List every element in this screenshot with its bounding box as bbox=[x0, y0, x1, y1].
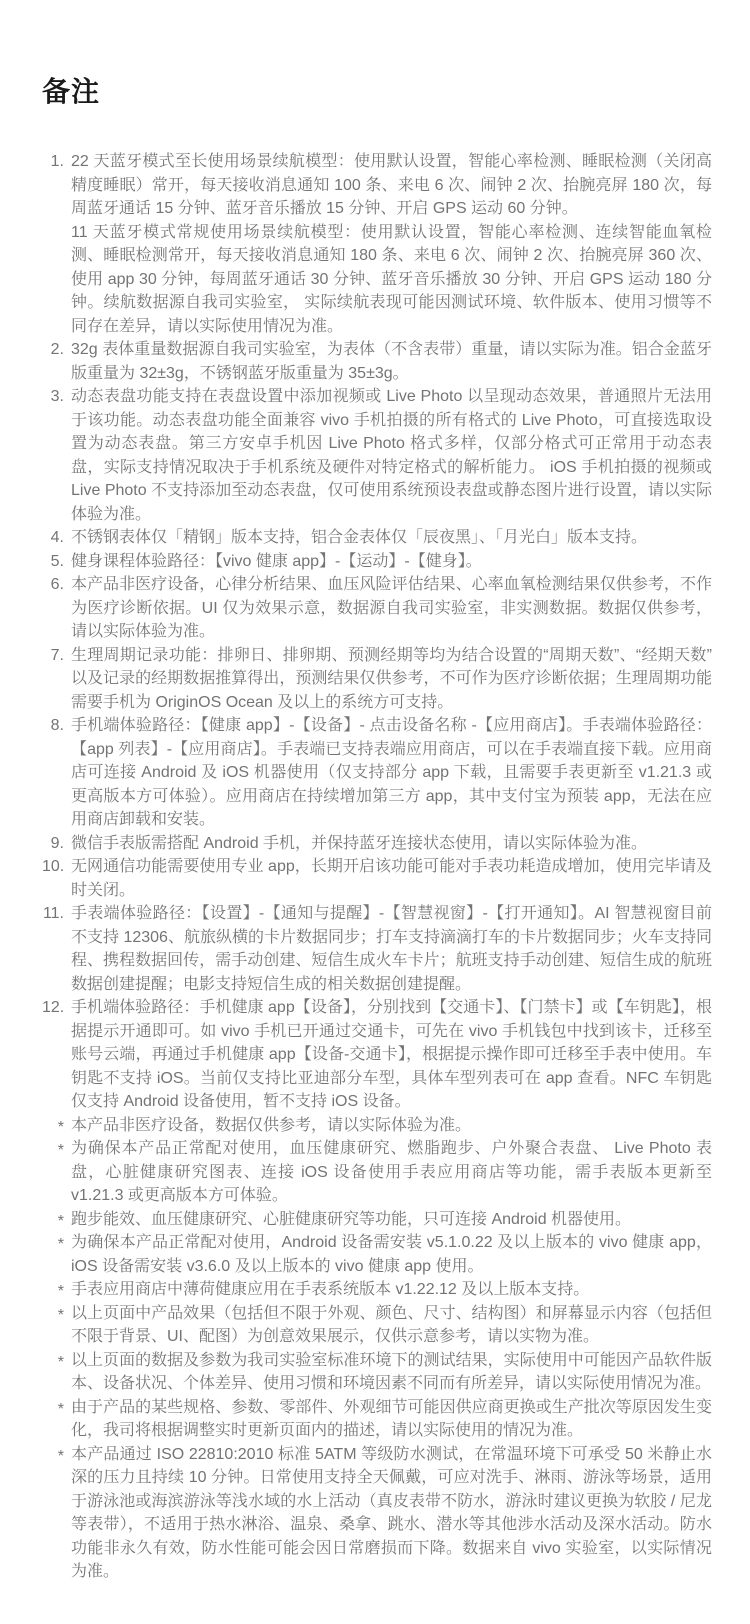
note-marker: * bbox=[42, 1116, 64, 1140]
note-marker: * bbox=[42, 1445, 64, 1469]
note-marker: * bbox=[42, 1280, 64, 1304]
note-item: * 以上页面的数据及参数为我司实验室标准环境下的测试结果，实际使用中可能因产品软… bbox=[42, 1349, 712, 1396]
note-item: * 本产品通过 ISO 22810:2010 标准 5ATM 等级防水测试，在常… bbox=[42, 1443, 712, 1584]
note-text: 本产品非医疗设备，数据仅供参考，请以实际体验为准。 bbox=[71, 1114, 712, 1138]
note-text: 本产品非医疗设备，心律分析结果、血压风险评估结果、心率血氧检测结果仅供参考，不作… bbox=[71, 573, 712, 644]
note-item: * 本产品非医疗设备，数据仅供参考，请以实际体验为准。 bbox=[42, 1114, 712, 1138]
note-marker: 4. bbox=[42, 526, 64, 550]
note-marker: 7. bbox=[42, 644, 64, 668]
note-text: 无网通信功能需要使用专业 app，长期开启该功能可能对手表功耗造成增加，使用完毕… bbox=[71, 855, 712, 902]
note-marker: 5. bbox=[42, 550, 64, 574]
note-text: 手表端体验路径：【设置】-【通知与提醒】-【智慧视窗】-【打开通知】。AI 智慧… bbox=[71, 902, 712, 996]
section-title: 备注 bbox=[42, 76, 712, 108]
note-marker: 8. bbox=[42, 714, 64, 738]
note-item: * 手表应用商店中薄荷健康应用在手表系统版本 v1.22.12 及以上版本支持。 bbox=[42, 1278, 712, 1302]
note-text: 手表应用商店中薄荷健康应用在手表系统版本 v1.22.12 及以上版本支持。 bbox=[71, 1278, 712, 1302]
note-item: 6. 本产品非医疗设备，心律分析结果、血压风险评估结果、心率血氧检测结果仅供参考… bbox=[42, 573, 712, 644]
note-marker: * bbox=[42, 1210, 64, 1234]
note-text: 以上页面中产品效果（包括但不限于外观、颜色、尺寸、结构图）和屏幕显示内容（包括但… bbox=[71, 1302, 712, 1349]
note-marker: * bbox=[42, 1139, 64, 1163]
note-item: 7. 生理周期记录功能：排卵日、排卵期、预测经期等均为结合设置的“周期天数”、“… bbox=[42, 644, 712, 715]
note-marker: * bbox=[42, 1398, 64, 1422]
notes-page: 备注 1. 22 天蓝牙模式至长使用场景续航模型：使用默认设置，智能心率检测、睡… bbox=[0, 0, 750, 1624]
note-text: 手机端体验路径：【健康 app】-【设备】- 点击设备名称 -【应用商店】。手表… bbox=[71, 714, 712, 832]
note-marker: * bbox=[42, 1351, 64, 1375]
note-marker: * bbox=[42, 1233, 64, 1257]
note-text: 不锈钢表体仅「精钢」版本支持，铝合金表体仅「辰夜黑」、「月光白」版本支持。 bbox=[71, 526, 712, 550]
notes-list: 1. 22 天蓝牙模式至长使用场景续航模型：使用默认设置，智能心率检测、睡眠检测… bbox=[42, 150, 712, 1584]
note-item: * 为确保本产品正常配对使用，血压健康研究、燃脂跑步、户外聚合表盘、 Live … bbox=[42, 1137, 712, 1208]
note-item: 9. 微信手表版需搭配 Android 手机，并保持蓝牙连接状态使用，请以实际体… bbox=[42, 832, 712, 856]
note-marker: 12. bbox=[42, 996, 64, 1020]
note-text: 22 天蓝牙模式至长使用场景续航模型：使用默认设置，智能心率检测、睡眠检测（关闭… bbox=[71, 150, 712, 338]
note-marker: * bbox=[42, 1304, 64, 1328]
note-marker: 6. bbox=[42, 573, 64, 597]
note-text: 由于产品的某些规格、参数、零部件、外观细节可能因供应商更换或生产批次等原因发生变… bbox=[71, 1396, 712, 1443]
note-text: 32g 表体重量数据源自我司实验室，为表体（不含表带）重量，请以实际为准。铝合金… bbox=[71, 338, 712, 385]
note-item: * 以上页面中产品效果（包括但不限于外观、颜色、尺寸、结构图）和屏幕显示内容（包… bbox=[42, 1302, 712, 1349]
note-marker: 3. bbox=[42, 385, 64, 409]
note-text: 动态表盘功能支持在表盘设置中添加视频或 Live Photo 以呈现动态效果，普… bbox=[71, 385, 712, 526]
note-marker: 2. bbox=[42, 338, 64, 362]
note-item: 2. 32g 表体重量数据源自我司实验室，为表体（不含表带）重量，请以实际为准。… bbox=[42, 338, 712, 385]
note-item: 5. 健身课程体验路径：【vivo 健康 app】-【运动】-【健身】。 bbox=[42, 550, 712, 574]
note-item: * 由于产品的某些规格、参数、零部件、外观细节可能因供应商更换或生产批次等原因发… bbox=[42, 1396, 712, 1443]
note-text: 健身课程体验路径：【vivo 健康 app】-【运动】-【健身】。 bbox=[71, 550, 712, 574]
note-text: 微信手表版需搭配 Android 手机，并保持蓝牙连接状态使用，请以实际体验为准… bbox=[71, 832, 712, 856]
note-item: 1. 22 天蓝牙模式至长使用场景续航模型：使用默认设置，智能心率检测、睡眠检测… bbox=[42, 150, 712, 338]
note-text: 为确保本产品正常配对使用，血压健康研究、燃脂跑步、户外聚合表盘、 Live Ph… bbox=[71, 1137, 712, 1208]
note-marker: 9. bbox=[42, 832, 64, 856]
note-text: 本产品通过 ISO 22810:2010 标准 5ATM 等级防水测试，在常温环… bbox=[71, 1443, 712, 1584]
note-item: * 为确保本产品正常配对使用，Android 设备需安装 v5.1.0.22 及… bbox=[42, 1231, 712, 1278]
note-text: 为确保本产品正常配对使用，Android 设备需安装 v5.1.0.22 及以上… bbox=[71, 1231, 712, 1278]
note-item: * 跑步能效、血压健康研究、心脏健康研究等功能，只可连接 Android 机器使… bbox=[42, 1208, 712, 1232]
note-item: 12. 手机端体验路径：手机健康 app【设备】，分别找到【交通卡】、【门禁卡】… bbox=[42, 996, 712, 1114]
note-marker: 11. bbox=[42, 902, 64, 926]
note-text: 生理周期记录功能：排卵日、排卵期、预测经期等均为结合设置的“周期天数”、“经期天… bbox=[71, 644, 712, 715]
note-text: 跑步能效、血压健康研究、心脏健康研究等功能，只可连接 Android 机器使用。 bbox=[71, 1208, 712, 1232]
note-item: 8. 手机端体验路径：【健康 app】-【设备】- 点击设备名称 -【应用商店】… bbox=[42, 714, 712, 832]
note-item: 11. 手表端体验路径：【设置】-【通知与提醒】-【智慧视窗】-【打开通知】。A… bbox=[42, 902, 712, 996]
note-marker: 10. bbox=[42, 855, 64, 879]
note-item: 4. 不锈钢表体仅「精钢」版本支持，铝合金表体仅「辰夜黑」、「月光白」版本支持。 bbox=[42, 526, 712, 550]
note-marker: 1. bbox=[42, 150, 64, 174]
note-text: 以上页面的数据及参数为我司实验室标准环境下的测试结果，实际使用中可能因产品软件版… bbox=[71, 1349, 712, 1396]
note-item: 10. 无网通信功能需要使用专业 app，长期开启该功能可能对手表功耗造成增加，… bbox=[42, 855, 712, 902]
note-item: 3. 动态表盘功能支持在表盘设置中添加视频或 Live Photo 以呈现动态效… bbox=[42, 385, 712, 526]
note-text: 手机端体验路径：手机健康 app【设备】，分别找到【交通卡】、【门禁卡】或【车钥… bbox=[71, 996, 712, 1114]
